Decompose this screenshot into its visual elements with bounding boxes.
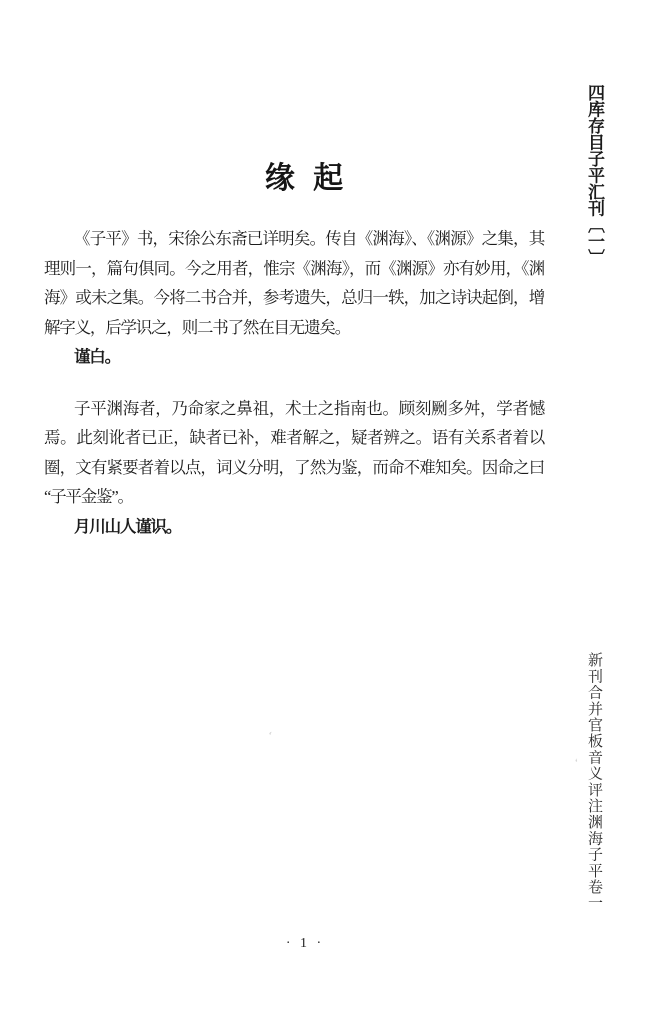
volume-title-vertical: 新刊合并官板音义评注渊海子平卷一 <box>584 652 605 911</box>
paragraph-2-line-1: 子平渊海者，乃命家之鼻祖，术士之指南也。顾刻劂多舛，学者憾 <box>44 394 544 424</box>
paragraph-2: 子平渊海者，乃命家之鼻祖，术士之指南也。顾刻劂多舛，学者憾 焉。此刻讹者已正，缺… <box>44 394 544 542</box>
paragraph-2-line-4: “子平金鉴”。 <box>44 482 544 512</box>
paragraph-1-line-2: 理则一，篇句俱同。今之用者，惟宗《渊海》，而《渊源》亦有妙用，《渊 <box>44 254 544 284</box>
paragraph-1: 《子平》书，宋徐公东斋已详明矣。传自《渊海》、《渊源》之集，其 理则一，篇句俱同… <box>44 224 544 372</box>
paragraph-2-signoff: 月川山人谨识。 <box>44 512 544 542</box>
paragraph-1-line-1: 《子平》书，宋徐公东斋已详明矣。传自《渊海》、《渊源》之集，其 <box>44 224 544 254</box>
page-title: 缘 起 <box>44 162 564 196</box>
series-title-vertical: 四库存目子平汇刊〔一〕 <box>582 84 607 266</box>
body-text-block: 《子平》书，宋徐公东斋已详明矣。传自《渊海》、《渊源》之集，其 理则一，篇句俱同… <box>44 224 544 541</box>
paragraph-1-line-4: 解字义，后学识之，则二书了然在目无遗矣。 <box>44 313 544 343</box>
scan-artifact-speck: ʻ <box>574 757 579 769</box>
scan-artifact-speck: ʻ <box>267 730 273 743</box>
paragraph-1-signoff: 谨白。 <box>44 342 544 372</box>
paragraph-1-line-3: 海》或未之集。今将二书合并，参考遗失，总归一轶，加之诗诀起倒，增 <box>44 283 544 313</box>
scanned-book-page: 缘 起 《子平》书，宋徐公东斋已详明矣。传自《渊海》、《渊源》之集，其 理则一，… <box>0 0 660 1027</box>
paragraph-2-line-3: 圈，文有紧要者着以点，词义分明，了然为鉴，而命不难知矣。因命之曰 <box>44 453 544 483</box>
page-number: · 1 · <box>55 936 555 952</box>
paragraph-2-line-2: 焉。此刻讹者已正，缺者已补，难者解之，疑者辨之。语有关系者着以 <box>44 423 544 453</box>
